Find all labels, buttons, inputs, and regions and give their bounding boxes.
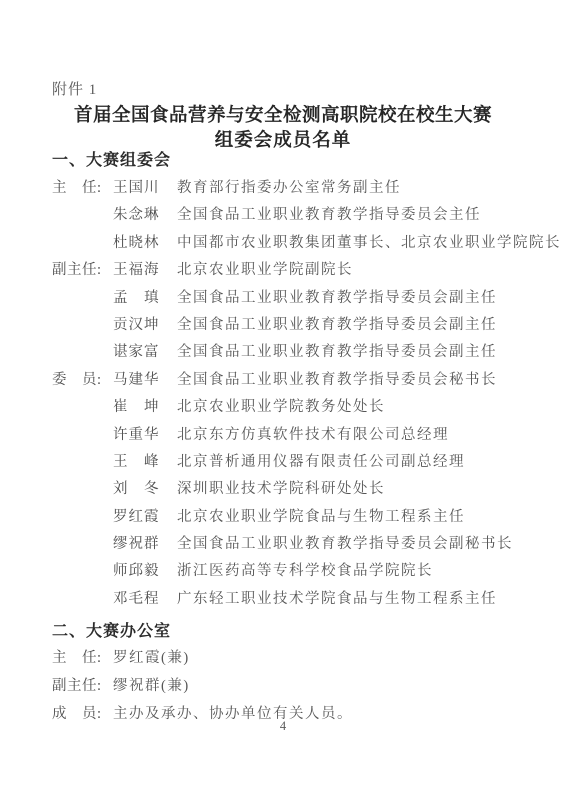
member-row: 师邱毅 浙江医药高等专科学校食品学院院长 <box>52 559 540 586</box>
member-name: 罗红霞 <box>113 505 177 526</box>
member-row: 刘 冬 深圳职业技术学院科研处处长 <box>52 477 540 504</box>
member-role-label: 委 员: <box>52 368 113 389</box>
member-position: 北京普析通用仪器有限责任公司副总经理 <box>177 450 540 471</box>
attachment-label: 附件 1 <box>52 78 97 99</box>
member-row: 王 峰 北京普析通用仪器有限责任公司副总经理 <box>52 450 540 477</box>
member-row: 崔 坤 北京农业职业学院教务处处长 <box>52 395 540 422</box>
member-name: 崔 坤 <box>113 395 177 416</box>
member-row: 副主任: 王福海 北京农业职业学院副院长 <box>52 258 540 285</box>
member-role-label: 主 任: <box>52 176 113 197</box>
committee-member-list: 主 任: 王国川 教育部行指委办公室常务副主任 朱念琳 全国食品工业职业教育教学… <box>52 176 540 614</box>
office-role-label: 副主任: <box>52 674 113 695</box>
member-position: 广东轻工职业技术学院食品与生物工程系主任 <box>177 587 540 608</box>
member-name: 孟 瑱 <box>113 286 177 307</box>
member-row: 缪祝群 全国食品工业职业教育教学指导委员会副秘书长 <box>52 532 540 559</box>
member-position: 中国都市农业职教集团董事长、北京农业职业学院院长 <box>177 231 561 252</box>
member-position: 全国食品工业职业教育教学指导委员会副主任 <box>177 313 540 334</box>
member-position: 北京农业职业学院副院长 <box>177 258 540 279</box>
member-position: 北京农业职业学院教务处处长 <box>177 395 540 416</box>
member-position: 深圳职业技术学院科研处处长 <box>177 477 540 498</box>
member-row: 孟 瑱 全国食品工业职业教育教学指导委员会副主任 <box>52 286 540 313</box>
office-role-value: 缪祝群(兼) <box>113 674 190 695</box>
member-position: 全国食品工业职业教育教学指导委员会主任 <box>177 203 540 224</box>
member-row: 许重华 北京东方仿真软件技术有限公司总经理 <box>52 423 540 450</box>
member-row: 主 任: 王国川 教育部行指委办公室常务副主任 <box>52 176 540 203</box>
section1-heading: 一、大赛组委会 <box>52 147 171 170</box>
member-row: 谌家富 全国食品工业职业教育教学指导委员会副主任 <box>52 340 540 367</box>
section2-heading: 二、大赛办公室 <box>52 618 171 641</box>
member-name: 贡汉坤 <box>113 313 177 334</box>
member-position: 北京农业职业学院食品与生物工程系主任 <box>177 505 540 526</box>
member-name: 谌家富 <box>113 340 177 361</box>
member-name: 王国川 <box>113 176 177 197</box>
office-row: 主 任: 罗红霞(兼) <box>52 646 540 674</box>
member-name: 马建华 <box>113 368 177 389</box>
member-row: 委 员: 马建华 全国食品工业职业教育教学指导委员会秘书长 <box>52 368 540 395</box>
document-page: 附件 1 首届全国食品营养与安全检测高职院校在校生大赛 组委会成员名单 一、大赛… <box>0 0 566 800</box>
member-row: 杜晓林 中国都市农业职教集团董事长、北京农业职业学院院长 <box>52 231 540 258</box>
page-number: 4 <box>0 719 566 734</box>
member-name: 邓毛程 <box>113 587 177 608</box>
member-position: 教育部行指委办公室常务副主任 <box>177 176 540 197</box>
member-name: 王 峰 <box>113 450 177 471</box>
member-position: 全国食品工业职业教育教学指导委员会副主任 <box>177 286 540 307</box>
member-name: 刘 冬 <box>113 477 177 498</box>
office-member-list: 主 任: 罗红霞(兼) 副主任: 缪祝群(兼) 成 员: 主办及承办、协办单位有… <box>52 646 540 729</box>
member-name: 朱念琳 <box>113 203 177 224</box>
office-role-value: 罗红霞(兼) <box>113 646 190 667</box>
member-name: 杜晓林 <box>113 231 177 252</box>
doc-title-line1: 首届全国食品营养与安全检测高职院校在校生大赛 <box>0 101 566 127</box>
member-role-label: 副主任: <box>52 258 113 279</box>
member-name: 许重华 <box>113 423 177 444</box>
member-row: 朱念琳 全国食品工业职业教育教学指导委员会主任 <box>52 203 540 230</box>
member-row: 贡汉坤 全国食品工业职业教育教学指导委员会副主任 <box>52 313 540 340</box>
member-row: 邓毛程 广东轻工职业技术学院食品与生物工程系主任 <box>52 587 540 614</box>
member-position: 北京东方仿真软件技术有限公司总经理 <box>177 423 540 444</box>
member-position: 全国食品工业职业教育教学指导委员会秘书长 <box>177 368 540 389</box>
office-role-label: 主 任: <box>52 646 113 667</box>
member-position: 全国食品工业职业教育教学指导委员会副主任 <box>177 340 540 361</box>
member-position: 浙江医药高等专科学校食品学院院长 <box>177 559 540 580</box>
office-row: 副主任: 缪祝群(兼) <box>52 674 540 702</box>
member-name: 师邱毅 <box>113 559 177 580</box>
member-name: 缪祝群 <box>113 532 177 553</box>
member-position: 全国食品工业职业教育教学指导委员会副秘书长 <box>177 532 540 553</box>
member-row: 罗红霞 北京农业职业学院食品与生物工程系主任 <box>52 505 540 532</box>
member-name: 王福海 <box>113 258 177 279</box>
